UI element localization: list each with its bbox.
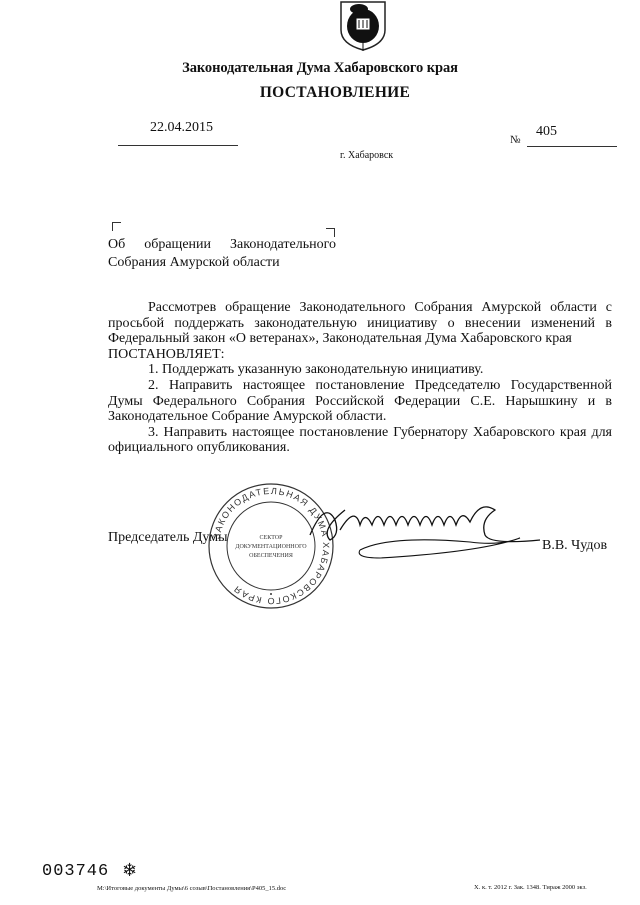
subject-word: Законодательного [230, 236, 336, 254]
handwritten-signature [300, 490, 550, 570]
item-3: 3. Направить настоящее постановление Губ… [108, 425, 612, 456]
subject-heading: Об обращении Законодательного Собрания А… [108, 236, 336, 272]
document-type: ПОСТАНОВЛЕНИЕ [0, 84, 640, 102]
coat-of-arms-icon [337, 0, 389, 53]
svg-text:СЕКТОР: СЕКТОР [260, 535, 284, 541]
signatory-name: В.В. Чудов [542, 538, 607, 554]
subject-word: Об [108, 236, 125, 254]
svg-text:ДОКУМЕНТАЦИОННОГО: ДОКУМЕНТАЦИОННОГО [235, 544, 307, 550]
subject-corner-left [112, 222, 121, 231]
subject-line-2: Собрания Амурской области [108, 254, 336, 272]
item-1: 1. Поддержать указанную законодательную … [108, 362, 612, 378]
print-info: Х. к. т. 2012 г. Зак. 1348. Тираж 2000 э… [474, 884, 587, 891]
document-date: 22.04.2015 [150, 120, 213, 136]
city: г. Хабаровск [340, 150, 393, 161]
organization-name: Законодательная Дума Хабаровского края [0, 60, 640, 77]
resolves-clause: ПОСТАНОВЛЯЕТ: [108, 347, 612, 363]
document-number: 405 [536, 124, 557, 140]
item-2: 2. Направить настоящее постановление Пре… [108, 378, 612, 425]
svg-text:ОБЕСПЕЧЕНИЯ: ОБЕСПЕЧЕНИЯ [249, 553, 293, 559]
file-path: M:\Итоговые документы Думы\6 созыв\Поста… [97, 885, 286, 892]
date-underline [118, 145, 238, 146]
registration-number: 003746 [42, 862, 109, 881]
number-sign: № [510, 134, 521, 146]
subject-word: обращении [144, 236, 211, 254]
snowflake-mark-icon: ❄ [122, 860, 137, 881]
document-body: Рассмотрев обращение Законодательного Со… [108, 300, 612, 456]
number-underline [527, 146, 617, 147]
preamble: Рассмотрев обращение Законодательного Со… [108, 300, 612, 347]
